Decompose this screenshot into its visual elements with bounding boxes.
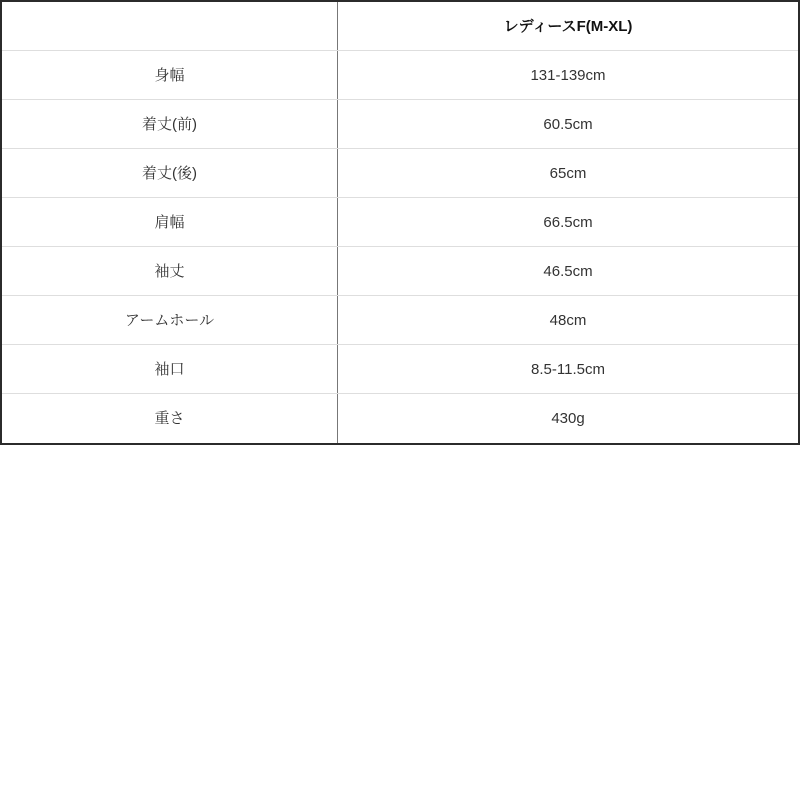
header-empty-cell [2, 2, 338, 50]
table-row: 身幅 131-139cm [2, 51, 798, 100]
row-label-length-back: 着丈(後) [2, 149, 338, 197]
row-value-armhole: 48cm [338, 296, 798, 344]
row-value-sleeve-length: 46.5cm [338, 247, 798, 295]
table-row: 着丈(前) 60.5cm [2, 100, 798, 149]
header-size-column-cell: レディースF(M-XL) [338, 2, 798, 50]
table-row: 重さ 430g [2, 394, 798, 443]
row-label-shoulder-width: 肩幅 [2, 198, 338, 246]
size-chart-table: レディースF(M-XL) 身幅 131-139cm 着丈(前) 60.5cm 着… [0, 0, 800, 445]
row-value-body-width: 131-139cm [338, 51, 798, 99]
row-value-cuff: 8.5-11.5cm [338, 345, 798, 393]
row-value-shoulder-width: 66.5cm [338, 198, 798, 246]
row-label-weight: 重さ [2, 394, 338, 443]
row-label-cuff: 袖口 [2, 345, 338, 393]
table-header-row: レディースF(M-XL) [2, 2, 798, 51]
table-row: アームホール 48cm [2, 296, 798, 345]
row-label-armhole: アームホール [2, 296, 338, 344]
table-row: 肩幅 66.5cm [2, 198, 798, 247]
row-value-length-front: 60.5cm [338, 100, 798, 148]
row-label-body-width: 身幅 [2, 51, 338, 99]
table-row: 袖丈 46.5cm [2, 247, 798, 296]
table-row: 袖口 8.5-11.5cm [2, 345, 798, 394]
empty-whitespace [0, 445, 800, 800]
row-label-sleeve-length: 袖丈 [2, 247, 338, 295]
row-value-length-back: 65cm [338, 149, 798, 197]
row-label-length-front: 着丈(前) [2, 100, 338, 148]
table-row: 着丈(後) 65cm [2, 149, 798, 198]
row-value-weight: 430g [338, 394, 798, 443]
